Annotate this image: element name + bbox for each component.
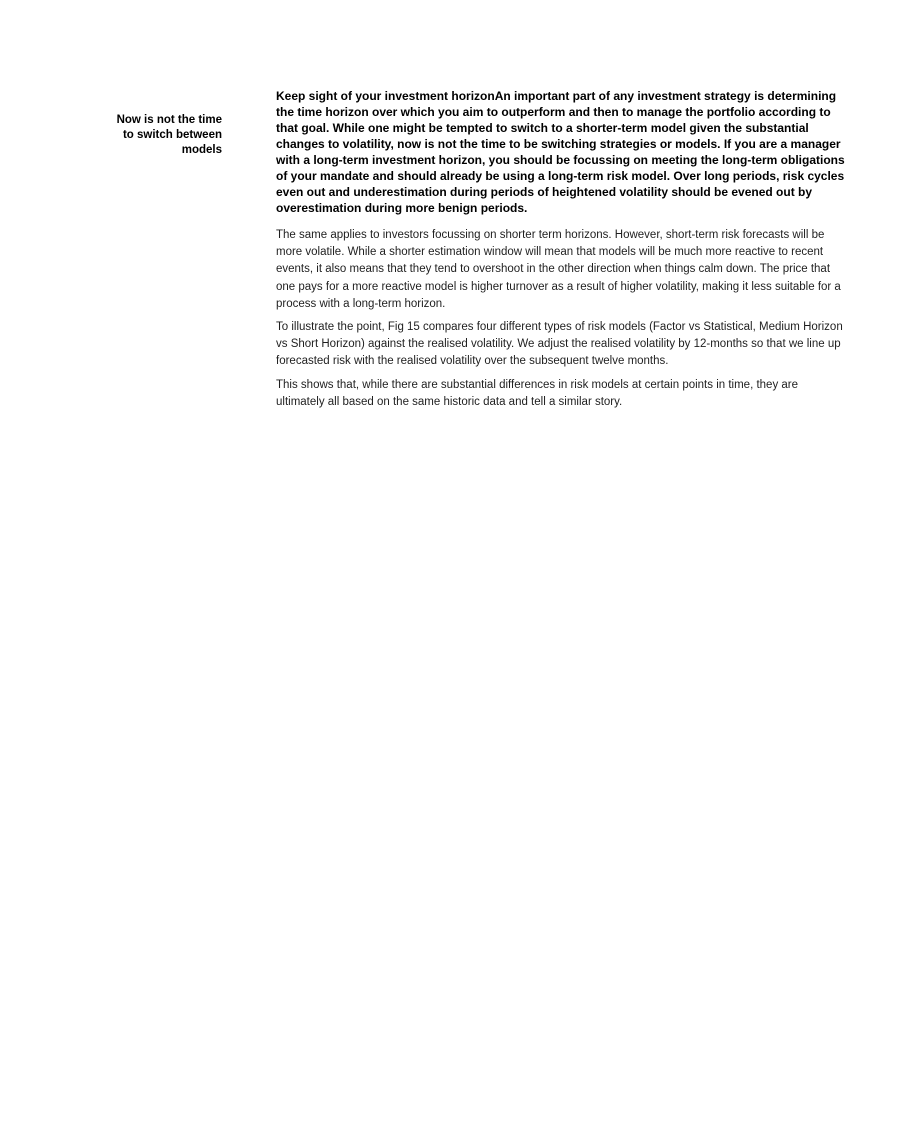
margin-note-line: to switch between [90, 128, 222, 143]
body-paragraph-3: This shows that, while there are substan… [276, 377, 846, 411]
margin-note-line: models [90, 143, 222, 158]
lead-paragraph-text: An important part of any investment stra… [276, 89, 845, 215]
document-page: Now is not the time to switch between mo… [0, 0, 920, 1146]
inline-heading: Keep sight of your investment horizon [276, 89, 495, 103]
body-paragraph-2: To illustrate the point, Fig 15 compares… [276, 319, 846, 371]
margin-note-line: Now is not the time [90, 113, 222, 128]
lead-paragraph: Keep sight of your investment horizonAn … [276, 88, 846, 216]
main-text-column: Keep sight of your investment horizonAn … [276, 88, 846, 411]
margin-note: Now is not the time to switch between mo… [90, 113, 222, 158]
body-paragraph-1: The same applies to investors focussing … [276, 227, 846, 313]
